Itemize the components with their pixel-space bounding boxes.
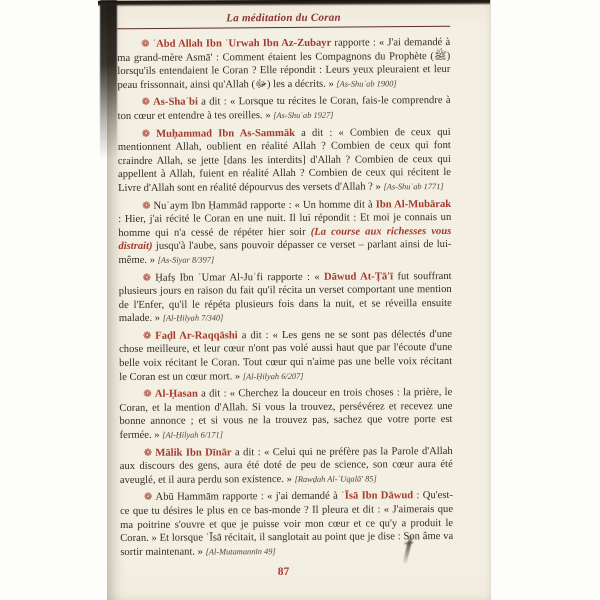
source-citation: [Al-Ḥilyah 6/171] (162, 430, 223, 439)
running-header: La méditation du Coran (117, 11, 450, 25)
spine-shadow (100, 0, 117, 160)
source-citation: [Al-Ḥilyah 6/207] (243, 372, 304, 381)
rosette-ornament: ❁ (141, 39, 152, 50)
quote-paragraph: ❁ Al-Ḥasan a dit : « Cherchez la douceur… (119, 386, 452, 442)
source-citation: [As-Siyar 8/397] (158, 255, 215, 264)
body-text-run: Ḥafṣ Ibn ʿUmar Al-Juʿfi rapporte : « (155, 271, 324, 283)
rosette-ornament: ❁ (143, 389, 155, 400)
rosette-ornament: ❁ (142, 97, 154, 108)
narrator-name: Mālik Ibn Dīnār (155, 447, 231, 458)
rosette-ornament: ❁ (143, 272, 156, 283)
narrator-name: Muḥammad Ibn As-Sammāk (156, 127, 295, 139)
source-citation: [Rawḍah Al-ʿUqalā' 85] (295, 474, 377, 484)
rosette-ornament: ❁ (142, 128, 156, 139)
quote-paragraph: ❁ Nuʿaym Ibn Ḥammād rapporte : « Un homm… (118, 198, 451, 268)
narrator-name: Ibn Al-Mubārak (376, 199, 452, 210)
rosette-ornament: ❁ (144, 447, 156, 458)
source-citation: [As-Shuʿab 1900] (336, 79, 396, 88)
source-citation: [As-Shuʿab 1771] (383, 182, 443, 191)
book-page: La méditation du Coran ❁ ʿAbd Allah Ibn … (107, 0, 491, 600)
narrator-name: Faḍl Ar-Raqqāshi (155, 330, 238, 342)
quote-paragraph: ❁ Faḍl Ar-Raqqāshi a dit : « Les gens ne… (119, 328, 452, 384)
quote-paragraph: ❁ As-Shaʿbi a dit : « Lorsque tu récites… (118, 94, 451, 123)
rosette-ornament: ❁ (143, 331, 155, 342)
quote-paragraph: ❁ Muḥammad Ibn As-Sammāk a dit : « Combi… (118, 126, 451, 196)
body-text-run: Nuʿaym Ibn Ḥammād rapporte : « Un homme … (153, 199, 375, 211)
rosette-ornament: ❁ (142, 200, 153, 211)
narrator-name: ʿAbd Allah Ibn ʿUrwah Ibn Az-Zubayr (153, 38, 332, 50)
narrator-name: ʿĪsā Ibn Dāwud (341, 491, 413, 502)
narrator-name: Al-Ḥasan (155, 389, 198, 400)
narrator-name: Dāwud At-Ṭā'ī (324, 271, 393, 282)
quote-paragraph: ❁ Mālik Ibn Dīnār a dit : « Celui qui ne… (120, 445, 453, 488)
body-text: ❁ ʿAbd Allah Ibn ʿUrwah Ibn Az-Zubayr ra… (117, 36, 453, 559)
source-citation: [Al-Mutamannīn 49] (206, 547, 276, 556)
page-number: 87 (117, 566, 450, 578)
quote-paragraph: ❁ ʿAbd Allah Ibn ʿUrwah Ibn Az-Zubayr ra… (117, 36, 450, 92)
quote-paragraph: ❁ Abū Hammām rapporte : « j'ai demandé à… (120, 489, 453, 559)
book-page-photo: La méditation du Coran ❁ ʿAbd Allah Ibn … (0, 0, 600, 600)
body-text-run: Abū Hammām rapporte : « j'ai demandé à (155, 491, 341, 503)
narrator-name: As-Shaʿbi (153, 97, 198, 108)
source-citation: [Al-Ḥilyah 7/340] (163, 314, 224, 323)
rosette-ornament: ❁ (144, 492, 156, 503)
header-rule (117, 26, 450, 30)
text-block: La méditation du Coran ❁ ʿAbd Allah Ibn … (117, 11, 453, 563)
quote-paragraph: ❁ Ḥafṣ Ibn ʿUmar Al-Juʿfi rapporte : « D… (119, 269, 452, 325)
source-citation: [As-Shuʿab 1927] (273, 111, 333, 120)
